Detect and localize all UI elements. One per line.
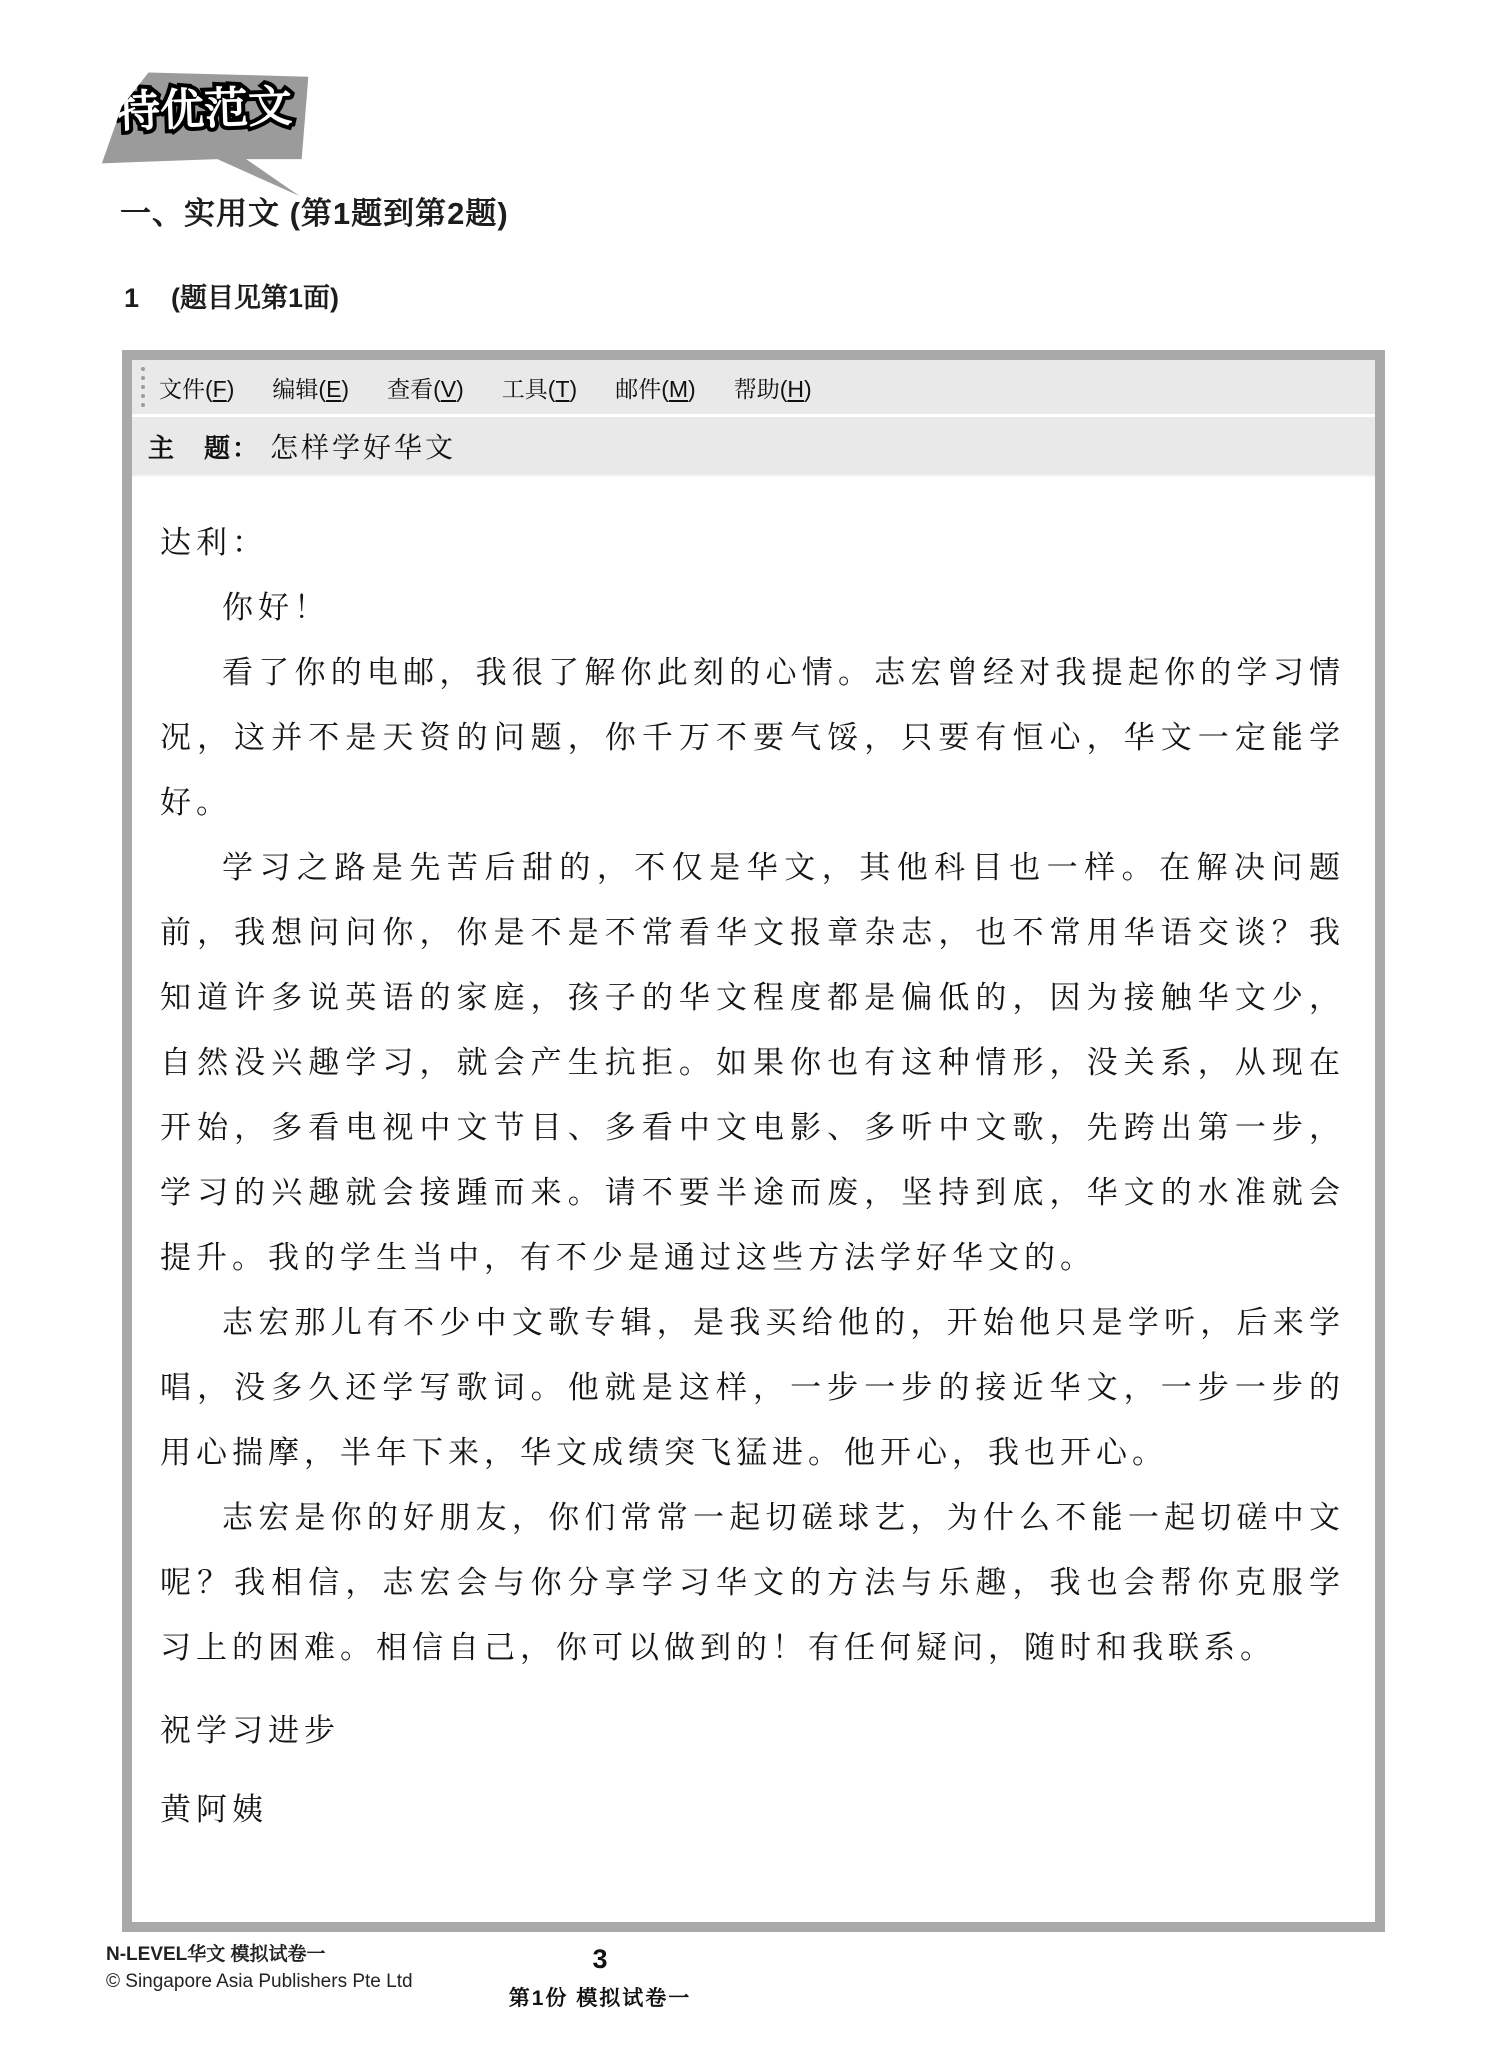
- letter-paragraph: 看了你的电邮，我很了解你此刻的心情。志宏曾经对我提起你的学习情况，这并不是天资的…: [160, 641, 1345, 836]
- letter-paragraph: 志宏那儿有不少中文歌专辑，是我买给他的，开始他只是学听，后来学唱，没多久还学写歌…: [160, 1291, 1345, 1486]
- section-heading: 一、实用文 (第1题到第2题): [120, 188, 509, 233]
- footer-left: N-LEVEL华文 模拟试卷一 © Singapore Asia Publish…: [106, 1941, 413, 1995]
- model-essay-badge: 特优范文: [93, 54, 315, 196]
- subject-bar: 主 题： 怎样学好华文: [132, 417, 1375, 477]
- letter-paragraph: 学习之路是先苦后甜的，不仅是华文，其他科目也一样。在解决问题前，我想问问你，你是…: [160, 836, 1345, 1291]
- question-line: 1(题目见第1面): [124, 276, 339, 315]
- letter-salutation: 达利：: [160, 511, 1345, 576]
- model-essay-badge-label: 特优范文: [115, 81, 293, 138]
- page-number: 3: [430, 1944, 770, 1975]
- question-note: (题目见第1面): [171, 283, 339, 313]
- footer-series-title: N-LEVEL华文 模拟试卷一: [106, 1941, 413, 1968]
- letter-paragraph: 志宏是你的好朋友，你们常常一起切磋球艺，为什么不能一起切磋中文呢？我相信，志宏会…: [160, 1486, 1345, 1681]
- menu-items: 文件(F)编辑(E)查看(V)工具(T)邮件(M)帮助(H): [159, 371, 812, 404]
- model-essay-badge-art: 特优范文: [100, 60, 309, 151]
- footer-copyright: © Singapore Asia Publishers Pte Ltd: [106, 1968, 413, 1995]
- menu-bar: 文件(F)编辑(E)查看(V)工具(T)邮件(M)帮助(H): [132, 360, 1375, 417]
- menu-item-T[interactable]: 工具(T): [502, 371, 577, 404]
- footer-section-label: 第1份 模拟试卷一: [430, 1982, 770, 2012]
- letter-body: 达利： 你好！看了你的电邮，我很了解你此刻的心情。志宏曾经对我提起你的学习情况，…: [132, 477, 1375, 1922]
- menu-item-F[interactable]: 文件(F): [159, 371, 234, 404]
- letter-paragraphs: 你好！看了你的电邮，我很了解你此刻的心情。志宏曾经对我提起你的学习情况，这并不是…: [160, 576, 1345, 1681]
- letter-signature: 黄阿姨: [160, 1778, 1345, 1843]
- menu-item-E[interactable]: 编辑(E): [272, 371, 349, 404]
- menu-item-H[interactable]: 帮助(H): [734, 371, 812, 404]
- email-window: 文件(F)编辑(E)查看(V)工具(T)邮件(M)帮助(H) 主 题： 怎样学好…: [122, 350, 1385, 1932]
- footer-center: 3 第1份 模拟试卷一: [430, 1944, 770, 2012]
- subject-label: 主 题：: [148, 428, 260, 465]
- question-number: 1: [124, 283, 139, 313]
- menu-item-M[interactable]: 邮件(M): [615, 371, 696, 404]
- letter-closing: 祝学习进步: [160, 1699, 1345, 1764]
- menu-item-V[interactable]: 查看(V): [387, 371, 464, 404]
- toolbar-grip-icon[interactable]: [141, 367, 145, 407]
- letter-paragraph: 你好！: [160, 576, 1345, 641]
- subject-value: 怎样学好华文: [270, 426, 456, 466]
